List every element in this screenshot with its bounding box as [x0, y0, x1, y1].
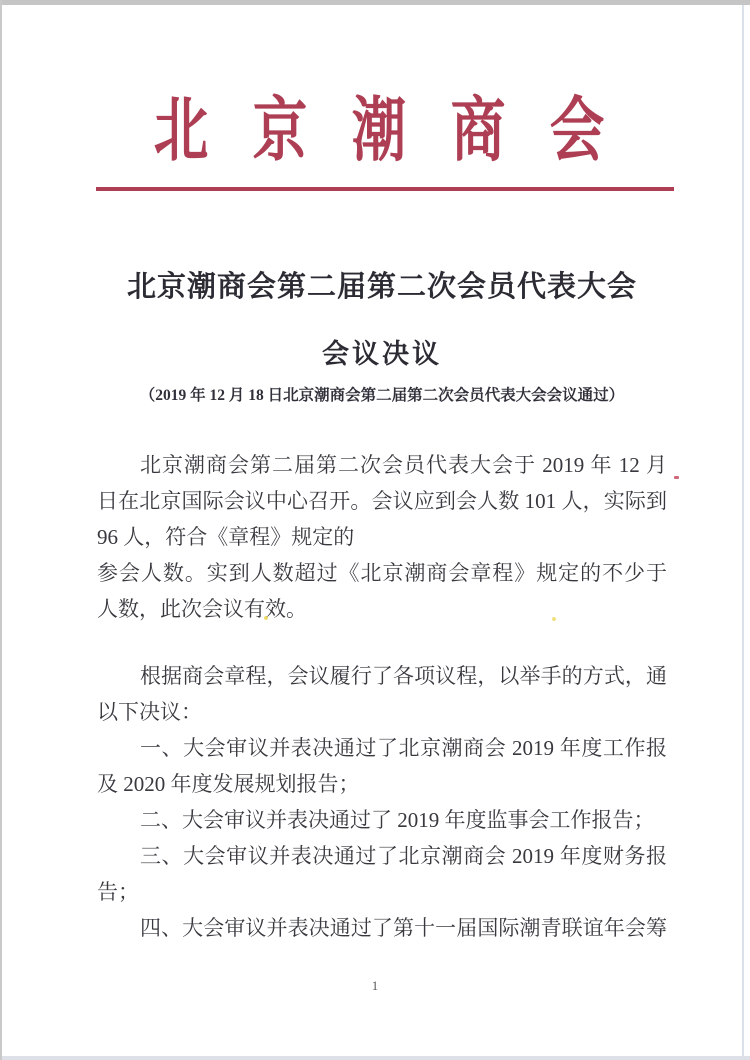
scan-edge-top	[0, 0, 750, 5]
letterhead-char: 北	[154, 97, 209, 167]
page-number: 1	[0, 978, 750, 994]
scan-artifact	[674, 476, 679, 479]
body-line: 人数，此次会议有效。	[97, 591, 667, 627]
scan-edge-right	[742, 5, 744, 1060]
document-subtitle: （2019 年 12 月 18 日北京潮商会第二届第二次会员代表大会会议通过）	[97, 386, 667, 406]
body-line: 参会人数。实到人数超过《北京潮商会章程》规定的不少于 2/3 应到法定	[97, 555, 667, 591]
body-line: 96 人，符合《章程》规定的	[97, 519, 667, 555]
body-line: 及 2020 年度发展规划报告；	[97, 766, 667, 802]
body-line: 二、大会审议并表决通过了 2019 年度监事会工作报告；	[97, 802, 667, 838]
letterhead-char: 潮	[352, 97, 407, 167]
document-body: 北京潮商会第二届第二次会员代表大会于 2019 年 12 月 18 日在北京国际…	[97, 447, 667, 946]
scan-artifact	[552, 617, 556, 621]
letterhead-char: 京	[253, 97, 308, 167]
letterhead-char: 商	[451, 97, 506, 167]
scanned-document-page: 北 京 潮 商 会 北京潮商会第二届第二次会员代表大会 会议决议 （2019 年…	[0, 0, 750, 1060]
document-title-line1: 北京潮商会第二届第二次会员代表大会	[97, 270, 667, 304]
document-title-line2: 会议决议	[97, 338, 667, 370]
body-line: 一、大会审议并表决通过了北京潮商会 2019 年度工作报告	[97, 730, 667, 766]
scan-edge-bottom	[2, 1056, 750, 1060]
letterhead-rule	[96, 187, 674, 191]
body-line: 以下决议：	[97, 694, 667, 730]
body-line: 告；	[97, 874, 667, 910]
scan-artifact	[264, 616, 268, 620]
body-line: 根据商会章程，会议履行了各项议程，以举手的方式，通过	[97, 658, 667, 694]
letterhead-char: 会	[550, 97, 605, 167]
body-line: 三、大会审议并表决通过了北京潮商会 2019 年度财务报	[97, 838, 667, 874]
body-line: 日在北京国际会议中心召开。会议应到会人数 101 人，实际到会人数	[97, 483, 667, 519]
body-line: 北京潮商会第二届第二次会员代表大会于 2019 年 12 月 18	[97, 447, 667, 483]
letterhead: 北 京 潮 商 会	[146, 97, 612, 167]
body-line: 四、大会审议并表决通过了第十一届国际潮青联谊年会筹	[97, 910, 667, 946]
scan-edge-left	[0, 0, 2, 1060]
